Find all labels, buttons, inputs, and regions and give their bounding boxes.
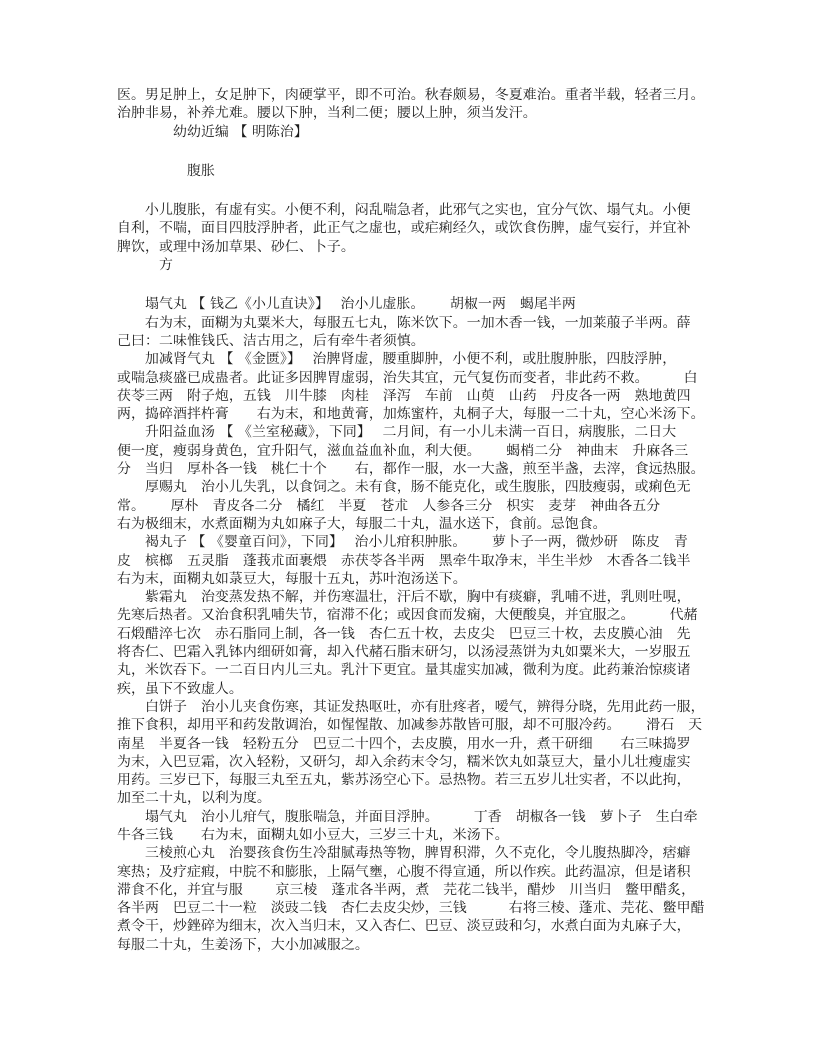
- text-line: 为末，入巴豆霜，次入轻粉，又研匀，却入余药末令匀，糯米饮丸如菉豆大，量小儿壮瘦虚…: [117, 753, 717, 771]
- text-line: 方: [117, 256, 717, 274]
- text-line: 褐丸子 【 《婴童百问》，下同】 治小儿疳积肿胀。 萝卜子一两，微炒研 陈皮 青: [117, 533, 717, 551]
- text-line: 塌气丸 【 钱乙《小儿直诀》】 治小儿虚胀。 胡椒一两 蝎尾半两: [117, 295, 717, 313]
- text-line: 幼幼近编 【 明陈治】: [117, 123, 717, 141]
- text-line: 牛各三钱 右为末，面糊丸如小豆大，三岁三十丸，米汤下。: [117, 826, 717, 844]
- text-line: 丸，米饮吞下。一二百日内儿三丸。乳汁下更宜。量其虚实加减，微利为度。此药兼治惊痰…: [117, 661, 717, 679]
- text-line: 常。 厚朴 青皮各二分 橘红 半夏 苍朮 人参各三分 枳实 麦芽 神曲各五分: [117, 497, 717, 515]
- text-line: 腹胀: [117, 162, 717, 180]
- text-line: 升阳益血汤 【 《兰室秘藏》，下同】 二月间，有一小儿未满一百日，病腹胀，二日大: [117, 423, 717, 441]
- text-line: 推下食积，却用平和药发散调治，如惺惺散、加减参苏散皆可服，却不可服冷药。 滑石 …: [117, 716, 717, 734]
- text-line: 治肿非易，补养尤难。腰以下肿，当利二便；腰以上肿，须当发汗。: [117, 104, 717, 122]
- text-line: 两，捣碎酒拌杵膏 右为末，和地黄膏，加炼蜜杵，丸桐子大，每服一二十丸，空心米汤下…: [117, 405, 717, 423]
- text-line: 疾，虽下不致虚人。: [117, 680, 717, 698]
- document-page: 医。男足肿上，女足肿下，肉硬掌平，即不可治。秋春颇易，冬夏难治。重者半载，轻者三…: [0, 0, 816, 1056]
- text-line: 己曰：二味惟钱氏、洁古用之，后有牵牛者须慎。: [117, 332, 717, 350]
- text-line: 用药。三岁已下，每服三丸至五丸，紫苏汤空心下。忌热物。若三五岁儿壮实者，不以此拘…: [117, 771, 717, 789]
- text-line: 分 当归 厚朴各一钱 桃仁十个 右，都作一服，水一大盏，煎至半盏，去滓，食远热服…: [117, 460, 717, 478]
- text-line: 厚赐丸 治小儿失乳，以食饲之。未有食，肠不能克化，或生腹胀，四肢瘦弱，或痢色无: [117, 478, 717, 496]
- text-line: 塌气丸 治小儿疳气，腹胀喘急，并面目浮肿。 丁香 胡椒各一钱 萝卜子 生白牵: [117, 808, 717, 826]
- text-line: 右为极细末，水煮面糊为丸如麻子大，每服二十丸，温水送下，食前。忌饱食。: [117, 515, 717, 533]
- blank-line: [117, 141, 717, 162]
- text-line: 便一度，瘦弱身黄色，宜升阳气，滋血益血补血，利大便。 蝎梢二分 神曲末 升麻各三: [117, 442, 717, 460]
- text-line: 右为末，面糊为丸粟米大，每服五七丸，陈米饮下。一加木香一钱，一加莱菔子半两。薛: [117, 314, 717, 332]
- text-line: 先寒后热者。又治食积乳哺失节，宿滞不化；或因食而发痫，大便酸臭，并宜服之。 代赭: [117, 606, 717, 624]
- text-line: 右为末，面糊丸如菉豆大，每服十五丸，苏叶泡汤送下。: [117, 570, 717, 588]
- blank-line: [117, 274, 717, 295]
- text-line: 每服二十丸，生姜汤下，大小加减服之。: [117, 936, 717, 954]
- text-line: 皮 槟榔 五灵脂 蓬莪朮面裹煨 赤茯苓各半两 黑牵牛取净末，半生半炒 木香各二钱…: [117, 552, 717, 570]
- text-line: 各半两 巴豆二十一粒 淡豉二钱 杏仁去皮尖炒，三钱 右将三棱、蓬朮、芫花、鳖甲醋: [117, 899, 717, 917]
- text-line: 加至二十丸，以利为度。: [117, 789, 717, 807]
- document-text: 医。男足肿上，女足肿下，肉硬掌平，即不可治。秋春颇易，冬夏难治。重者半载，轻者三…: [117, 86, 717, 954]
- text-line: 白饼子 治小儿夹食伤寒，其证发热呕吐，亦有肚疼者，嗳气，辨得分晓，先用此药一服，: [117, 698, 717, 716]
- text-line: 小儿腹胀，有虚有实。小便不利，闷乱喘急者，此邪气之实也，宜分气饮、塌气丸。小便: [117, 201, 717, 219]
- text-line: 紫霜丸 治变蒸发热不解，并伤寒温壮，汗后不歇，胸中有痰癖，乳哺不进，乳则吐哯，: [117, 588, 717, 606]
- text-line: 滞食不化，并宜与服 京三棱 蓬朮各半两，煮 芫花二钱半，醋炒 川当归 鳖甲醋炙，: [117, 881, 717, 899]
- text-line: 茯苓三两 附子炮，五钱 川牛膝 肉桂 泽泻 车前 山萸 山药 丹皮各一两 熟地黄…: [117, 387, 717, 405]
- text-line: 石煅醋淬七次 赤石脂同上制，各一钱 杏仁五十枚，去皮尖 巴豆三十枚，去皮膜心油 …: [117, 625, 717, 643]
- text-line: 南星 半夏各一钱 轻粉五分 巴豆二十四个，去皮膜，用水一升，煮干研细 右三味捣罗: [117, 735, 717, 753]
- text-line: 加减肾气丸 【 《金匮》】 治脾肾虚，腰重脚肿，小便不利，或肚腹肿胀，四肢浮肿，: [117, 350, 717, 368]
- blank-line: [117, 180, 717, 201]
- text-line: 脾饮，或理中汤加草果、砂仁、卜子。: [117, 238, 717, 256]
- text-line: 或喘急痰盛已成蛊者。此证多因脾胃虚弱，治失其宜，元气复伤而变者，非此药不救。 白: [117, 369, 717, 387]
- text-line: 自利，不喘，面目四肢浮肿者，此正气之虚也，或疟痢经久，或饮食伤脾，虚气妄行，并宜…: [117, 219, 717, 237]
- text-line: 医。男足肿上，女足肿下，肉硬掌平，即不可治。秋春颇易，冬夏难治。重者半载，轻者三…: [117, 86, 717, 104]
- text-line: 煮令干，炒銼碎为细末，次入当归末，又入杏仁、巴豆、淡豆豉和匀，水煮白面为丸麻子大…: [117, 917, 717, 935]
- text-line: 将杏仁、巴霜入乳钵内细研如膏，却入代赭石脂末研匀，以汤浸蒸饼为丸如粟米大，一岁服…: [117, 643, 717, 661]
- text-line: 寒热；及疗症瘕，中脘不和膨胀，上隔气壅，心腹不得宣通，所以作疾。此药温凉，但是诸…: [117, 863, 717, 881]
- text-line: 三棱煎心丸 治婴孩食伤生冷甜腻毒热等物，脾胃积滞，久不克化，令儿腹热脚冷，痞癖: [117, 844, 717, 862]
